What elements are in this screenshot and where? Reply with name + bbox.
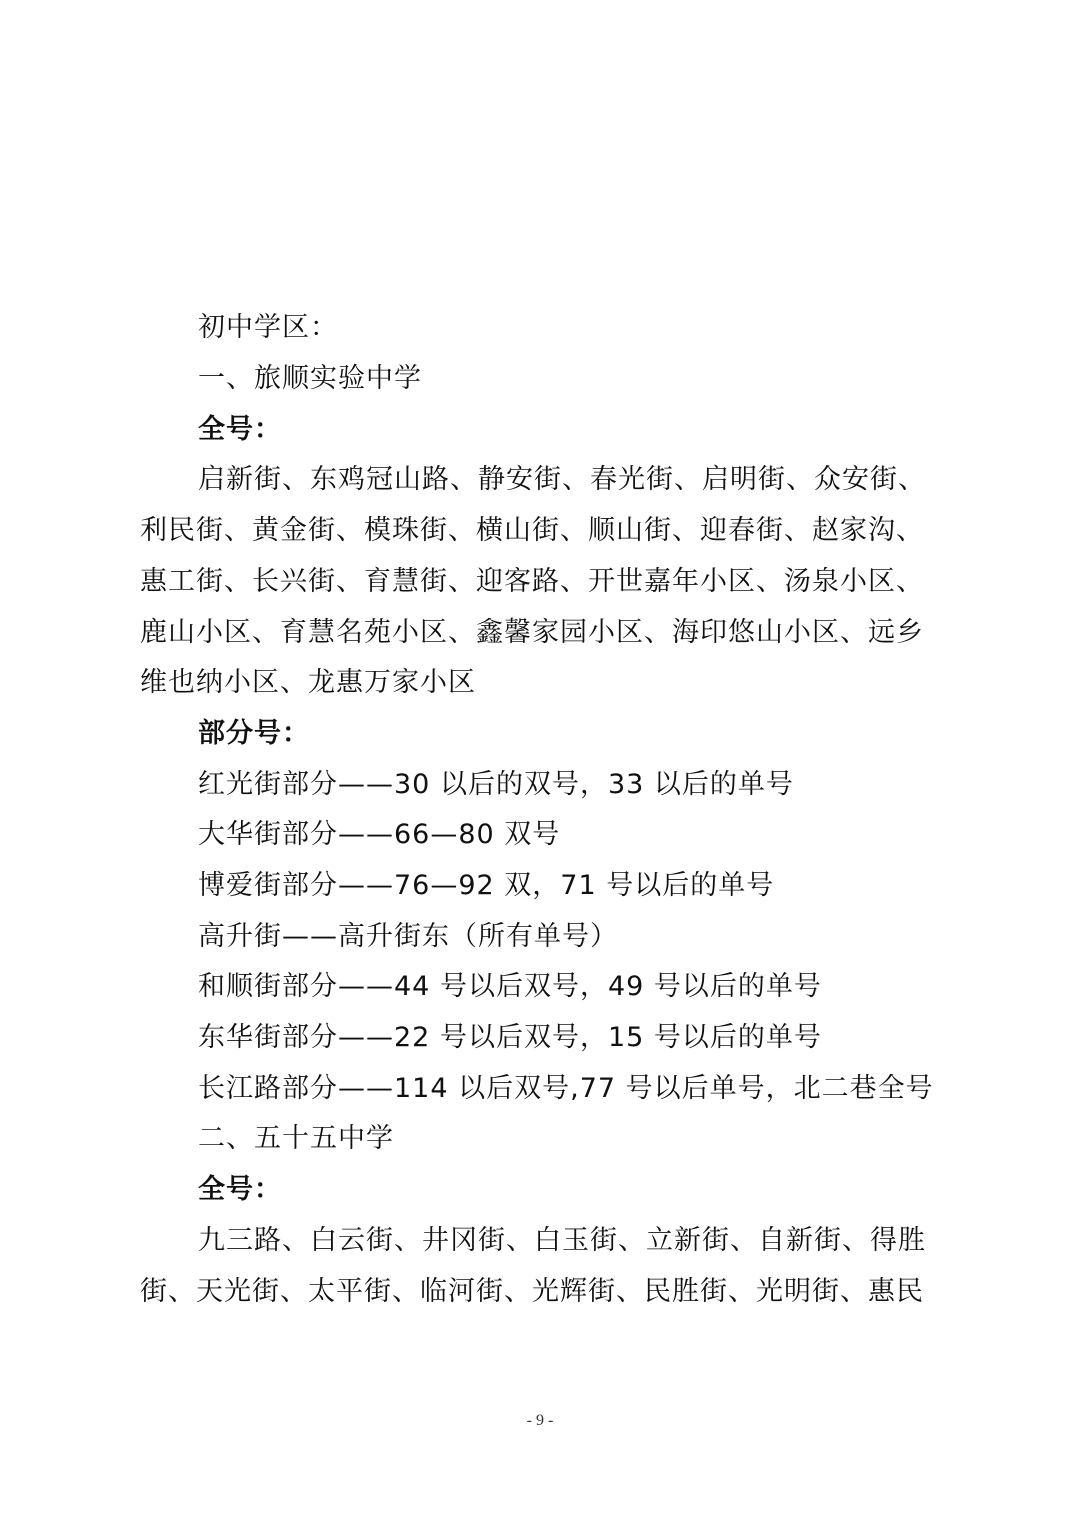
school-heading-2: 二、五十五中学 (198, 1122, 394, 1156)
partial-street-line: 东华街部分——22 号以后双号，15 号以后的单号 (198, 1021, 822, 1055)
partial-number-label: 部分号： (198, 717, 310, 751)
school-heading-1: 一、旅顺实验中学 (198, 362, 422, 396)
street-list-line: 鹿山小区、育慧名苑小区、鑫馨家园小区、海印悠山小区、远乡 (140, 616, 924, 650)
full-number-label-2: 全号： (198, 1173, 282, 1207)
street-list-line: 惠工街、长兴街、育慧街、迎客路、开世嘉年小区、汤泉小区、 (140, 565, 924, 599)
page-number: - 9 - (0, 1412, 1080, 1430)
street-list-line: 维也纳小区、龙惠万家小区 (140, 666, 476, 700)
section-title: 初中学区： (198, 311, 338, 345)
street-list-line: 启新街、东鸡冠山路、静安街、春光街、启明街、众安街、 (198, 463, 926, 497)
street-list-line: 街、天光街、太平街、临河街、光辉街、民胜街、光明街、惠民 (140, 1275, 924, 1309)
partial-street-line: 博爱街部分——76—92 双，71 号以后的单号 (198, 869, 774, 903)
partial-street-line: 红光街部分——30 以后的双号，33 以后的单号 (198, 768, 794, 802)
partial-street-line: 和顺街部分——44 号以后双号，49 号以后的单号 (198, 970, 822, 1004)
document-page: 初中学区： 一、旅顺实验中学 全号： 启新街、东鸡冠山路、静安街、春光街、启明街… (0, 0, 1080, 1522)
full-number-label-1: 全号： (198, 413, 282, 447)
street-list-line: 利民街、黄金街、模珠街、横山街、顺山街、迎春街、赵家沟、 (140, 514, 924, 548)
partial-street-line: 高升街——高升街东（所有单号） (198, 920, 618, 954)
partial-street-line: 大华街部分——66—80 双号 (198, 818, 560, 852)
partial-street-line: 长江路部分——114 以后双号,77 号以后单号，北二巷全号 (198, 1072, 934, 1106)
street-list-line: 九三路、白云街、井冈街、白玉街、立新街、自新街、得胜 (198, 1224, 926, 1258)
